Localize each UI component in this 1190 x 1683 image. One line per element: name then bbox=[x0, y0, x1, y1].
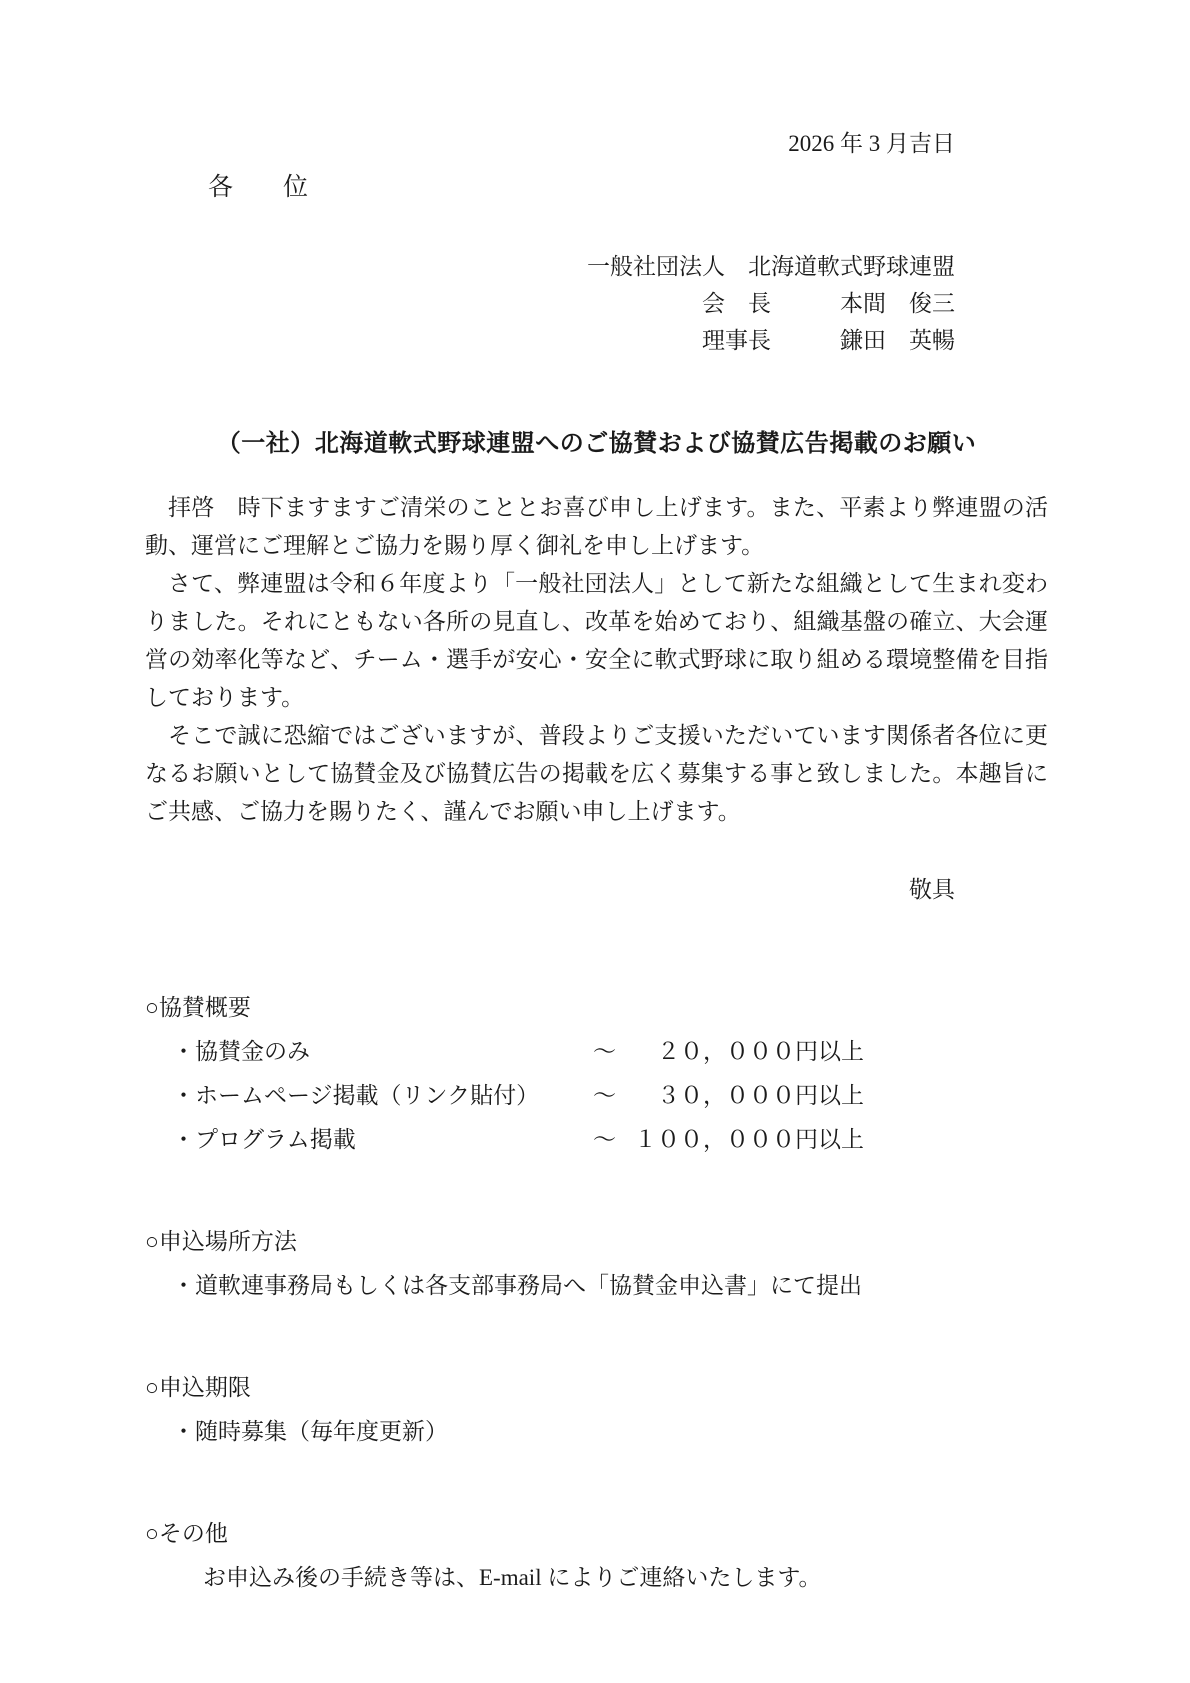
letter-page: 2026 年 3 月吉日 各 位 一般社団法人 北海道軟式野球連盟会 長 本間 … bbox=[0, 0, 1190, 1683]
tilde-symbol: ～ bbox=[577, 1121, 632, 1159]
sections-container: ○協賛概要・協賛金のみ～２０，０００円以上・ホームページ掲載（リンク貼付）～３０… bbox=[145, 989, 1048, 1597]
sponsor-item: ・ホームページ掲載（リンク貼付）～３０，０００円以上 bbox=[172, 1077, 1048, 1115]
sender-line: 一般社団法人 北海道軟式野球連盟 bbox=[145, 248, 955, 285]
sponsor-item-label: ・ホームページ掲載（リンク貼付） bbox=[172, 1077, 577, 1115]
sender-line: 会 長 本間 俊三 bbox=[145, 285, 955, 322]
closing-keigu: 敬具 bbox=[145, 871, 1048, 909]
sponsor-item: ・協賛金のみ～２０，０００円以上 bbox=[172, 1033, 1048, 1071]
section-heading: ○申込場所方法 bbox=[145, 1223, 1048, 1261]
sender-line: 理事長 鎌田 英暢 bbox=[145, 322, 955, 359]
section-heading: ○協賛概要 bbox=[145, 989, 1048, 1027]
letter-date: 2026 年 3 月吉日 bbox=[145, 128, 1048, 160]
section: ○その他お申込み後の手続き等は、E-mail によりご連絡いたします。 bbox=[145, 1515, 1048, 1597]
section-heading: ○申込期限 bbox=[145, 1369, 1048, 1407]
letter-body: 拝啓 時下ますますご清栄のこととお喜び申し上げます。また、平素より弊連盟の活動、… bbox=[145, 489, 1048, 831]
section-heading: ○その他 bbox=[145, 1515, 1048, 1553]
body-paragraph: さて、弊連盟は令和６年度より「一般社団法人」として新たな組織として生まれ変わりま… bbox=[145, 565, 1048, 717]
addressee: 各 位 bbox=[208, 170, 1048, 206]
sponsor-item-amount: ２０，０００円以上 bbox=[632, 1033, 864, 1071]
body-paragraph: そこで誠に恐縮ではございますが、普段よりご支援いただいています関係者各位に更なる… bbox=[145, 717, 1048, 831]
sender-block: 一般社団法人 北海道軟式野球連盟会 長 本間 俊三理事長 鎌田 英暢 bbox=[145, 248, 1048, 359]
sponsor-item-label: ・協賛金のみ bbox=[172, 1033, 577, 1071]
bullet-line: ・道軟連事務局もしくは各支部事務局へ「協賛金申込書」にて提出 bbox=[172, 1267, 1048, 1305]
bullet-line: お申込み後の手続き等は、E-mail によりご連絡いたします。 bbox=[203, 1559, 1048, 1597]
tilde-symbol: ～ bbox=[577, 1033, 632, 1071]
sponsor-item: ・プログラム掲載～１００，０００円以上 bbox=[172, 1121, 1048, 1159]
section: ○申込場所方法・道軟連事務局もしくは各支部事務局へ「協賛金申込書」にて提出 bbox=[145, 1223, 1048, 1305]
body-paragraph: 拝啓 時下ますますご清栄のこととお喜び申し上げます。また、平素より弊連盟の活動、… bbox=[145, 489, 1048, 565]
sponsor-item-amount: ３０，０００円以上 bbox=[632, 1077, 864, 1115]
sponsor-item-amount: １００，０００円以上 bbox=[632, 1121, 864, 1159]
section: ○申込期限・随時募集（毎年度更新） bbox=[145, 1369, 1048, 1451]
letter-title: （一社）北海道軟式野球連盟へのご協賛および協賛広告掲載のお願い bbox=[145, 425, 1048, 463]
tilde-symbol: ～ bbox=[577, 1077, 632, 1115]
bullet-line: ・随時募集（毎年度更新） bbox=[172, 1413, 1048, 1451]
sponsor-item-label: ・プログラム掲載 bbox=[172, 1121, 577, 1159]
section: ○協賛概要・協賛金のみ～２０，０００円以上・ホームページ掲載（リンク貼付）～３０… bbox=[145, 989, 1048, 1159]
